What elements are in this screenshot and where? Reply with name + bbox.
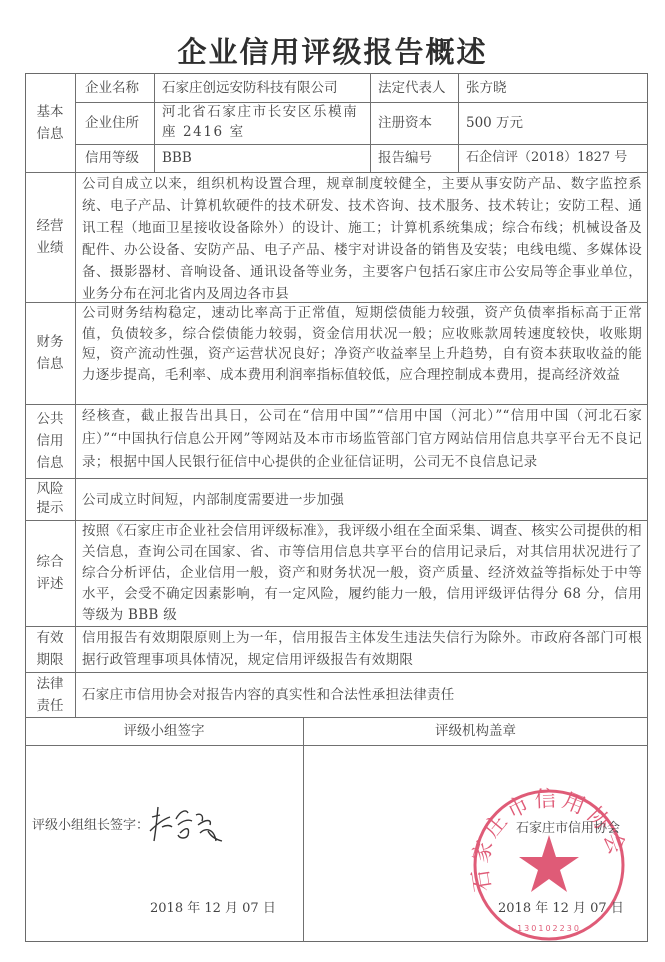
company-name-label: 企业名称 [75, 73, 154, 102]
address-label: 企业住所 [75, 102, 154, 144]
section-label-summary: 综合评述 [25, 520, 75, 626]
section-text-validity: 信用报告有效期限原则上为一年，信用报告主体发生违法失信行为除外。市政府各部门可根… [75, 626, 648, 672]
company-name-value: 石家庄创远安防科技有限公司 [154, 73, 370, 102]
grade-value: BBB [154, 144, 370, 172]
section-text-finance: 公司财务结构稳定，速动比率高于正常值，短期偿债能力较强，资产负债率指标高于正常值… [75, 302, 648, 404]
section-label-legal: 法律责任 [25, 672, 75, 717]
capital-value: 500 万元 [458, 102, 648, 144]
svg-text:130102230: 130102230 [517, 924, 581, 933]
section-label-public-credit: 公共信用信息 [25, 404, 75, 478]
section-label-business: 经营业绩 [25, 172, 75, 302]
rating-org-name: 石家庄市信用协会 [516, 818, 620, 840]
signature-date-right: 2018 年 12 月 07 日 [498, 898, 624, 920]
handwritten-signature [148, 805, 228, 845]
report-no-label: 报告编号 [370, 144, 458, 172]
official-seal-icon: 石家庄市信用协会 130102230 [469, 785, 629, 945]
leader-signature-label: 评级小组组长签字： [32, 815, 149, 837]
section-text-public-credit: 经核查，截止报告出具日，公司在“信用中国”“信用中国（河北）”“信用中国（河北石… [75, 404, 648, 478]
divider [303, 717, 304, 942]
legal-rep-label: 法定代表人 [370, 73, 458, 102]
section-text-summary: 按照《石家庄市企业社会信用评级标准》，我评级小组在全面采集、调查、核实公司提供的… [75, 520, 648, 626]
section-label-validity: 有效期限 [25, 626, 75, 672]
page-title: 企业信用评级报告概述 [0, 30, 665, 71]
section-text-risk: 公司成立时间短，内部制度需要进一步加强 [75, 478, 648, 520]
section-text-legal: 石家庄市信用协会对报告内容的真实性和合法性承担法律责任 [75, 672, 648, 717]
signature-header-left: 评级小组签字 [25, 717, 303, 745]
report-no-value: 石企信评（2018）1827 号 [458, 144, 648, 172]
section-label-risk: 风险提示 [25, 478, 75, 520]
divider [25, 745, 648, 746]
section-label-finance: 财务信息 [25, 302, 75, 404]
signature-header-right: 评级机构盖章 [303, 717, 648, 745]
capital-label: 注册资本 [370, 102, 458, 144]
address-value: 河北省石家庄市长安区乐模南座 2416 室 [154, 102, 370, 144]
section-label-basic-info: 基本信息 [25, 73, 75, 172]
signature-date-left: 2018 年 12 月 07 日 [150, 898, 276, 920]
grade-label: 信用等级 [75, 144, 154, 172]
section-text-business: 公司自成立以来，组织机构设置合理，规章制度较健全，主要从事安防产品、数字监控系统… [75, 172, 648, 302]
legal-rep-value: 张方晓 [458, 73, 648, 102]
